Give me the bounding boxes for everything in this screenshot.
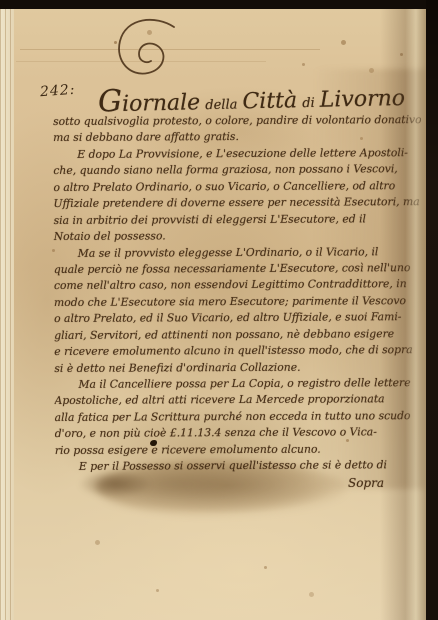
manuscript-page: 242: Giornale della Città di Livorno sot… [14,9,426,620]
manuscript-line: rio possa esigere e ricevere emolumento … [55,441,423,459]
manuscript-text: sotto qualsivoglia protesto, o colore, p… [53,112,423,482]
manuscript-line: o altro Prelato, ed il Suo Vicario, ed a… [54,309,422,327]
manuscript-line: Notaio del possesso. [54,227,422,245]
manuscript-line: come nell'altro caso, non essendovi Legi… [54,276,422,294]
title-word: Città [242,88,297,114]
manuscript-line: Ma se il provvisto eleggesse L'Ordinario… [54,244,422,262]
photo-edge-right [426,0,438,620]
manuscript-line: sotto qualsivoglia protesto, o colore, p… [53,112,421,130]
catchword: Sopra [348,476,384,490]
manuscript-line: alla fatica per La Scrittura purché non … [55,408,423,426]
manuscript-line: gliari, Servitori, ed attinenti non poss… [54,326,422,344]
page-number: 242: [39,82,75,100]
manuscript-line: quale perciò ne fossa necessariamente L'… [54,260,422,278]
manuscript-line: sia in arbitrio dei provvisti di elegger… [54,211,422,229]
title-word: della [205,97,237,113]
manuscript-line: modo che L'Esecutore sia mero Esecutore;… [54,293,422,311]
manuscript-line: Apostoliche, ed altri atti ricevere La M… [55,391,423,409]
photo-edge-top [0,0,438,9]
binding-gutter-shadow [380,0,426,620]
manuscript-line: si è detto nei Benefizi d'ordinaria Coll… [54,359,422,377]
photograph-background: 242: Giornale della Città di Livorno sot… [0,0,438,620]
manuscript-line: e ricevere emolumento alcuno in quell'is… [54,342,422,360]
manuscript-line: d'oro, e non più cioè £.11.13.4 senza ch… [55,424,423,442]
manuscript-line: ma si debbano dare affatto gratis. [53,128,421,146]
manuscript-line: E dopo La Provvisione, e L'esecuzione de… [53,145,421,163]
manuscript-line: o altro Prelato Ordinario, o suo Vicario… [53,178,421,196]
manuscript-line: Uffiziale pretendere di doverne essere p… [53,194,421,212]
title-word: di [302,96,315,111]
calligraphic-flourish-icon [112,15,182,85]
manuscript-line: che, quando siano nella forma graziosa, … [53,161,421,179]
fox-spots [114,41,117,44]
manuscript-line: Ma il Cancelliere possa per La Copia, o … [54,375,422,393]
manuscript-line: E per il Possesso si osservi quell'istes… [55,457,423,475]
